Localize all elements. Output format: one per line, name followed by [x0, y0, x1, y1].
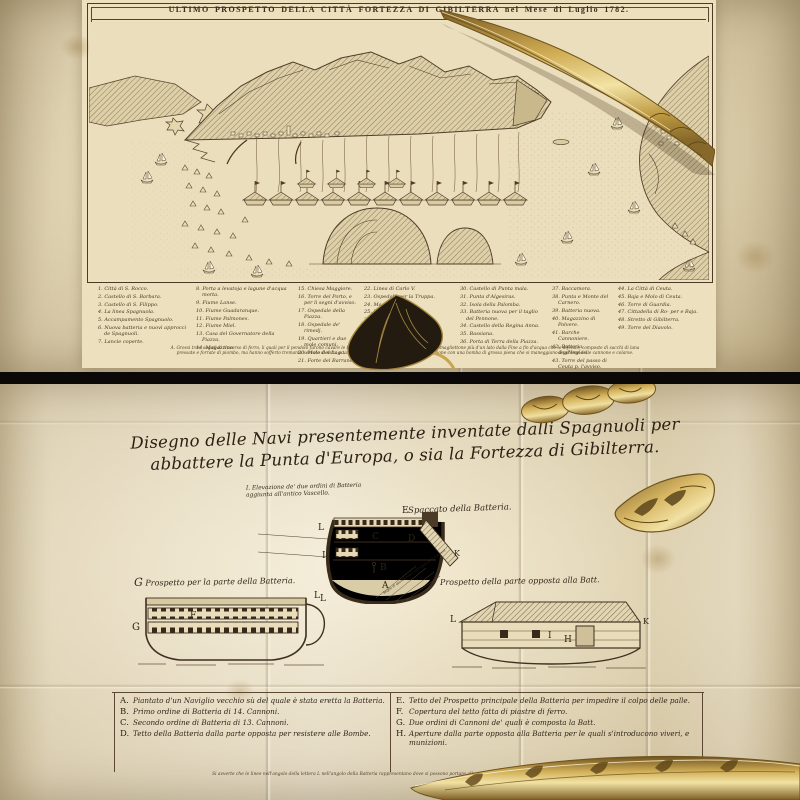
- legend-column: 30. Castello di Punta mala. 31. Punta d'…: [460, 286, 546, 372]
- legend-item: 46. Torre di Guardia.: [618, 302, 698, 308]
- paper-stain: [640, 544, 676, 574]
- legend-item-text: Copertura del tetto fatta di piastre di …: [409, 707, 567, 717]
- legend-column: 37. Baccamora. 38. Punta e Monte del Car…: [552, 286, 612, 372]
- elevation-note: I. Elevazione de' due ordini di Batteria…: [246, 482, 372, 499]
- legend-item-letter: E.: [396, 696, 409, 706]
- legend-column: 44. La Città di Ceuta. 45. Baja e Molo d…: [618, 286, 698, 372]
- legend-item: F. Copertura del tetto fatta di piastre …: [396, 707, 702, 717]
- letter-F: F: [190, 611, 196, 621]
- legend-item: 6. Nuova batteria e nuovi approcci de Sp…: [98, 325, 190, 337]
- legend-item: 11. Fiume Palmones.: [196, 316, 292, 322]
- letter-L: L: [320, 594, 326, 604]
- letter-K: K: [643, 617, 650, 626]
- legend-item: D. Tetto della Batteria dalla parte oppo…: [120, 729, 388, 739]
- legend-item: 38. Punta e Monte del Carnero.: [552, 294, 612, 306]
- legend-item: 5. Accampamento Spagnuolo.: [98, 317, 190, 323]
- letter-H: H: [564, 635, 572, 645]
- legend-item: B. Primo ordine di Batteria di 14. Canno…: [120, 707, 388, 717]
- paper-fold: [0, 684, 800, 689]
- legend-item: 32. Isola della Palomba.: [460, 302, 546, 308]
- diagram-legend-right: E. Tetto del Prospetto principale della …: [396, 696, 702, 748]
- legend-item: 43. Torre del passo di Ceuta p. l'avviso…: [552, 358, 612, 370]
- legend-item: 35. Bassiana.: [460, 331, 546, 337]
- legend-item-text: Secondo ordine di Batteria di 13. Cannon…: [133, 718, 289, 728]
- legend-divider-rule: [390, 692, 391, 772]
- legend-item: A. Piantato d'un Naviglio vecchio sù del…: [120, 696, 388, 706]
- battery-broadside-view: G F L: [132, 592, 332, 670]
- diagram-legend-left: A. Piantato d'un Naviglio vecchio sù del…: [120, 696, 388, 740]
- legend-item-letter: B.: [120, 707, 133, 717]
- legend-item: 31. Punta d'Algesiras.: [460, 294, 546, 300]
- letter-opener-handle-fragment: [515, 384, 665, 428]
- legend-item-text: Primo ordine di Batteria di 14. Cannoni.: [133, 707, 279, 717]
- legend-column: 8. Porta a levatoja e lagune d'acqua mor…: [196, 286, 292, 372]
- legend-item: 2. Castello di S. Barbara.: [98, 294, 190, 300]
- letter-G: G: [132, 622, 140, 633]
- legend-item: 22. Linea di Carlo V.: [364, 286, 454, 292]
- legend-item: 44. La Città di Ceuta.: [618, 286, 698, 292]
- legend-item: 12. Fiume Miel.: [196, 323, 292, 329]
- legend-item: 33. Batteria nuova per il taglio del Pen…: [460, 309, 546, 321]
- battery-cross-section: Segno di quanto resta nell'acqua colli C…: [256, 500, 468, 604]
- legend-column: 1. Città di S. Rocco. 2. Castello di S. …: [98, 286, 190, 372]
- legend-item: C. Secondo ordine di Batteria di 13. Can…: [120, 718, 388, 728]
- legend-item: 39. Batteria nuova.: [552, 308, 612, 314]
- figure-letter-g: G: [134, 576, 143, 589]
- legend-item: 8. Porta a levatoja e lagune d'acqua mor…: [196, 286, 292, 298]
- letter-D: D: [408, 534, 415, 544]
- right-prospect-label: Prospetto della parte opposta alla Batt.: [440, 574, 670, 587]
- letter-B: B: [380, 563, 387, 573]
- legend-item-letter: D.: [120, 729, 133, 739]
- paper-stain: [735, 240, 775, 274]
- legend-item: E. Tetto del Prospetto principale della …: [396, 696, 702, 706]
- bottom-photo-battery-diagram: Disegno delle Navi presentemente inventa…: [0, 384, 800, 800]
- top-photo-gibraltar-map: ULTIMO PROSPETTO DELLA CITTÀ FORTEZZA DI…: [0, 0, 800, 372]
- legend-item-letter: F.: [396, 707, 409, 717]
- legend-item: 10. Fiume Guadaranque.: [196, 308, 292, 314]
- legend-item: 9. Fiume Lanse.: [196, 300, 292, 306]
- legend-item: 49. Torre del Diavolo.: [618, 325, 698, 331]
- legend-item: 36. Porta di Terra della Piazza.: [460, 339, 546, 345]
- letter-opener-ornament: [610, 460, 715, 548]
- letter-opener-handle-leaf: [336, 293, 456, 372]
- legend-item: 30. Castello di Punta mala.: [460, 286, 546, 292]
- legend-item: 45. Baja e Molo di Ceuta.: [618, 294, 698, 300]
- legend-left-rule: [114, 692, 115, 772]
- legend-item: 3. Castello di S. Filippo.: [98, 302, 190, 308]
- letter-I: I: [322, 551, 326, 561]
- letter-L: L: [318, 523, 324, 533]
- legend-item-letter: G.: [396, 718, 409, 728]
- letter-opener-blade: [430, 0, 715, 175]
- legend-item: 48. Stretto di Gibilterra.: [618, 317, 698, 323]
- battery-opposite-side-view: L I H K: [448, 592, 653, 670]
- legend-item: 47. Cittadella di Ro- per e Baja.: [618, 309, 698, 315]
- legend-item-text: Piantato d'un Naviglio vecchio sù del qu…: [133, 696, 385, 706]
- legend-item: 37. Baccamora.: [552, 286, 612, 292]
- legend-item: 13. Casa del Governatore della Piazza.: [196, 331, 292, 343]
- letter-C: C: [372, 532, 379, 542]
- legend-item-text: Due ordini di Cannoni de' quali è compos…: [409, 718, 595, 728]
- letter-I: I: [548, 631, 552, 641]
- legend-item: 40. Magazzino di Polvere.: [552, 316, 612, 328]
- collage-separator-bar: [0, 372, 800, 384]
- letter-opener-blade-bottom: [405, 742, 800, 800]
- letter-E: E: [402, 506, 409, 516]
- letter-A: A: [381, 581, 389, 591]
- legend-item-letter: C.: [120, 718, 133, 728]
- legend-item: 15. Chiesa Maggiore.: [298, 286, 358, 292]
- legend-item: G. Due ordini di Cannoni de' quali è com…: [396, 718, 702, 728]
- photo-collage: ULTIMO PROSPETTO DELLA CITTÀ FORTEZZA DI…: [0, 0, 800, 800]
- letter-K: K: [454, 549, 461, 558]
- legend-item: 7. Lancie coperte.: [98, 339, 190, 345]
- legend-item: 4. La linea Spagnuola.: [98, 309, 190, 315]
- legend-item-text: Tetto del Prospetto principale della Bat…: [409, 696, 690, 706]
- legend-item: 1. Città di S. Rocco.: [98, 286, 190, 292]
- legend-item: 41. Barche Cannoniere.: [552, 330, 612, 342]
- letter-L: L: [450, 615, 456, 625]
- legend-item-text: Tetto della Batteria dalla parte opposta…: [133, 729, 371, 739]
- legend-item: 34. Castello della Regina Anna.: [460, 323, 546, 329]
- legend-item-letter: A.: [120, 696, 133, 706]
